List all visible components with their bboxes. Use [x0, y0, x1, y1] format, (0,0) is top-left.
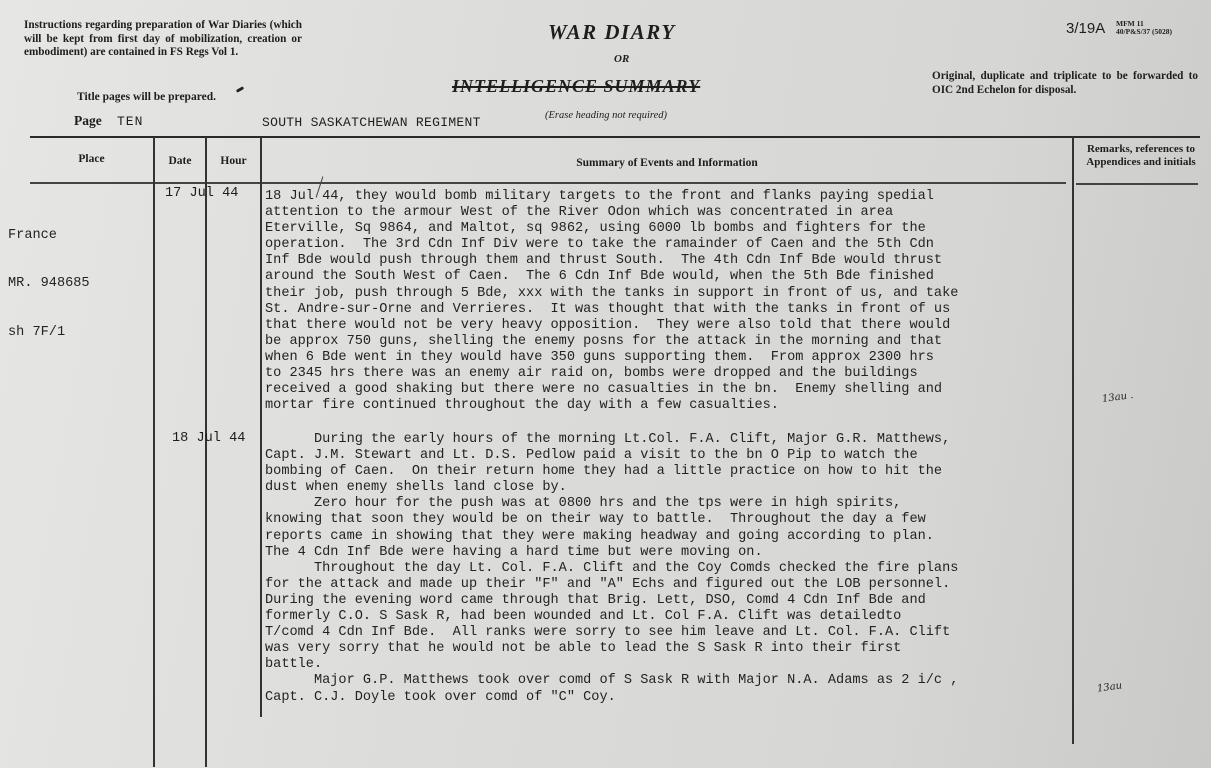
summary-line: bombing of Caen. On their return home th…	[265, 464, 958, 480]
column-header-remarks: Remarks, references to Appendices and in…	[1076, 143, 1206, 169]
column-header-place: Place	[30, 153, 153, 165]
column-header-summary: Summary of Events and Information	[262, 157, 1072, 169]
place-map-reference: MR. 948685	[8, 276, 90, 292]
summary-line: Eterville, Sq 9864, and Maltot, sq 9862,…	[265, 221, 958, 237]
pen-mark	[236, 86, 244, 93]
summary-line: their job, push through 5 Bde, xxx with …	[265, 286, 958, 302]
summary-line: Throughout the day Lt. Col. F.A. Clift a…	[265, 561, 958, 577]
summary-line: operation. The 3rd Cdn Inf Div were to t…	[265, 237, 958, 253]
summary-line: around the South West of Caen. The 6 Cdn…	[265, 269, 958, 285]
column-divider-summary-remarks	[1072, 137, 1074, 744]
summary-line: when 6 Bde went in they would have 350 g…	[265, 350, 958, 366]
column-divider-place-date	[153, 137, 155, 767]
summary-line: knowing that soon they would be on their…	[265, 512, 958, 528]
entry-summary: 18 Jul 44, they would bomb military targ…	[265, 189, 958, 414]
summary-line: that there would not be very heavy oppos…	[265, 318, 958, 334]
summary-line: Capt. J.M. Stewart and Lt. D.S. Pedlow p…	[265, 448, 958, 464]
form-number: 3/19A	[1066, 20, 1105, 37]
title-pages-note: Title pages will be prepared.	[77, 91, 216, 103]
column-header-hour: Hour	[207, 155, 260, 167]
entry-date: 18 Jul 44	[172, 431, 245, 446]
summary-line: received a good shaking but there were n…	[265, 382, 958, 398]
column-divider-hour-summary	[260, 137, 262, 717]
summary-line: mortar fire continued throughout the day…	[265, 398, 958, 414]
page-number: TEN	[117, 114, 143, 129]
title-or: OR	[614, 53, 629, 65]
place-map-sheet: sh 7F/1	[8, 325, 90, 341]
forwarding-note: Original, duplicate and triplicate to be…	[932, 70, 1198, 97]
summary-line: dust when enemy shells land close by.	[265, 480, 958, 496]
summary-line: formerly C.O. S Sask R, had been wounded…	[265, 609, 958, 625]
column-divider-date-hour	[205, 137, 207, 767]
summary-line: reports came in showing that they were m…	[265, 529, 958, 545]
summary-line: Inf Bde would push through them and thru…	[265, 253, 958, 269]
summary-line: During the early hours of the morning Lt…	[265, 432, 958, 448]
remarks-header-underline	[1076, 183, 1198, 185]
unit-name: SOUTH SASKATCHEWAN REGIMENT	[262, 115, 481, 130]
document-title: WAR DIARY	[548, 20, 676, 45]
form-reference-line-2: 40/P&S/37 (5028)	[1116, 28, 1172, 36]
form-reference: MFM 11 40/P&S/37 (5028)	[1116, 20, 1172, 36]
page-indicator: Page TEN	[74, 113, 143, 129]
instructions-note: Instructions regarding preparation of Wa…	[24, 19, 302, 60]
erase-heading-note: (Erase heading not required)	[545, 110, 667, 121]
summary-line: T/comd 4 Cdn Inf Bde. All ranks were sor…	[265, 625, 958, 641]
summary-line: be approx 750 guns, shelling the enemy p…	[265, 334, 958, 350]
place-cell: France MR. 948685 sh 7F/1	[8, 196, 90, 357]
page-label: Page	[74, 113, 102, 128]
column-header-date: Date	[155, 155, 205, 167]
summary-line: During the evening word came through tha…	[265, 593, 958, 609]
entry-date: 17 Jul 44	[165, 186, 238, 201]
summary-line: The 4 Cdn Inf Bde were having a hard tim…	[265, 545, 958, 561]
remarks-initials: 13au .	[1101, 390, 1134, 405]
summary-line: St. Andre-sur-Orne and Verrieres. It was…	[265, 302, 958, 318]
summary-line: was very sorry that he would not be able…	[265, 641, 958, 657]
summary-line: for the attack and made up their "F" and…	[265, 577, 958, 593]
summary-line: to 2345 hrs there was an enemy air raid …	[265, 366, 958, 382]
entry-summary: During the early hours of the morning Lt…	[265, 432, 958, 706]
header-underline	[30, 182, 1066, 184]
place-country: France	[8, 228, 90, 244]
summary-line: Major G.P. Matthews took over comd of S …	[265, 673, 958, 689]
summary-line: Capt. C.J. Doyle took over comd of "C" C…	[265, 690, 958, 706]
summary-line: Zero hour for the push was at 0800 hrs a…	[265, 496, 958, 512]
remarks-initials: 13au	[1096, 680, 1122, 694]
struck-title-intelligence-summary: INTELLIGENCE SUMMARY	[452, 76, 700, 97]
summary-line: battle.	[265, 657, 958, 673]
summary-line: 18 Jul 44, they would bomb military targ…	[265, 189, 958, 205]
summary-line: attention to the armour West of the Rive…	[265, 205, 958, 221]
